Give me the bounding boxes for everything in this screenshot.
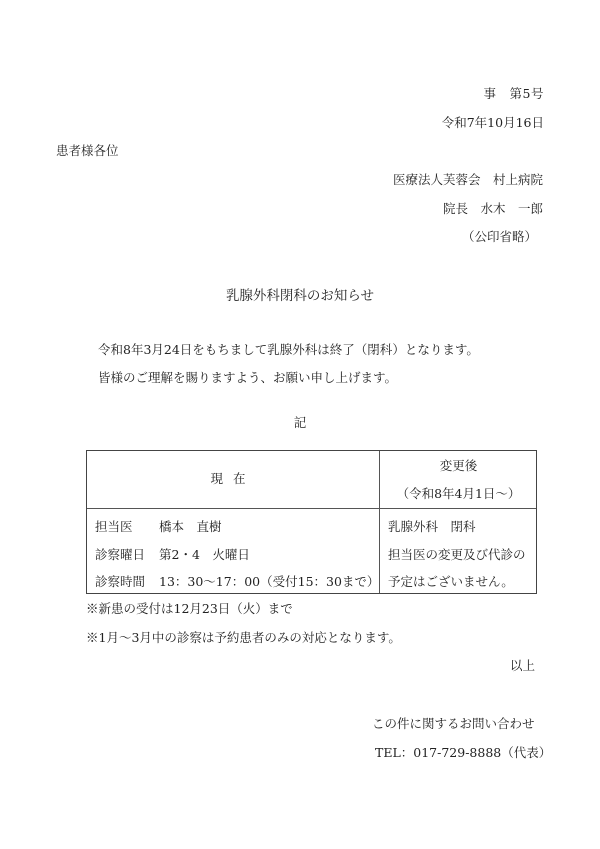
seal-omitted-note: （公印省略） xyxy=(462,231,537,244)
closing-ijou: 以上 xyxy=(510,660,535,673)
row-label-day: 診察曜日 xyxy=(95,549,145,562)
row-label-doctor: 担当医 xyxy=(95,521,133,534)
body-paragraph-line: 皆様のご理解を賜りますよう、お願い申し上げます。 xyxy=(98,372,397,385)
contact-phone: TEL：017-729-8888（代表） xyxy=(375,747,551,760)
director-name: 院長 水木 一郎 xyxy=(443,203,543,216)
after-change-line: 予定はございません。 xyxy=(388,576,514,589)
header-after-date: （令和8年4月1日〜） xyxy=(380,488,537,501)
header-after-change: 変更後 xyxy=(380,460,537,473)
issue-date: 令和7年10月16日 xyxy=(442,117,544,130)
header-divider xyxy=(87,508,536,509)
document-number: 事 第5号 xyxy=(484,88,544,101)
notice-title: 乳腺外科閉科のお知らせ xyxy=(0,290,600,304)
body-paragraph-line: 令和8年3月24日をもちまして乳腺外科は終了（閉科）となります。 xyxy=(98,344,479,357)
row-value-hours: 13：30〜17：00（受付15：30まで） xyxy=(159,576,379,589)
row-label-hours: 診察時間 xyxy=(95,576,145,589)
schedule-table: 現在 変更後 （令和8年4月1日〜） 担当医 橋本 直樹 乳腺外科 閉科 診察曜… xyxy=(86,450,537,594)
contact-label: この件に関するお問い合わせ xyxy=(372,718,535,731)
organization-name: 医療法人芙蓉会 村上病院 xyxy=(393,174,543,187)
row-value-day: 第2・4 火曜日 xyxy=(159,549,250,562)
after-change-line: 乳腺外科 閉科 xyxy=(388,521,476,534)
addressee: 患者様各位 xyxy=(56,145,119,158)
note-new-patients: ※新患の受付は12月23日（火）まで xyxy=(86,603,293,616)
ki-heading: 記 xyxy=(0,417,600,430)
header-current: 現在 xyxy=(87,473,379,486)
row-value-doctor: 橋本 直樹 xyxy=(159,521,222,534)
after-change-line: 担当医の変更及び代診の xyxy=(388,549,526,562)
note-appointments: ※1月〜3月中の診察は予約患者のみの対応となります。 xyxy=(86,632,401,645)
